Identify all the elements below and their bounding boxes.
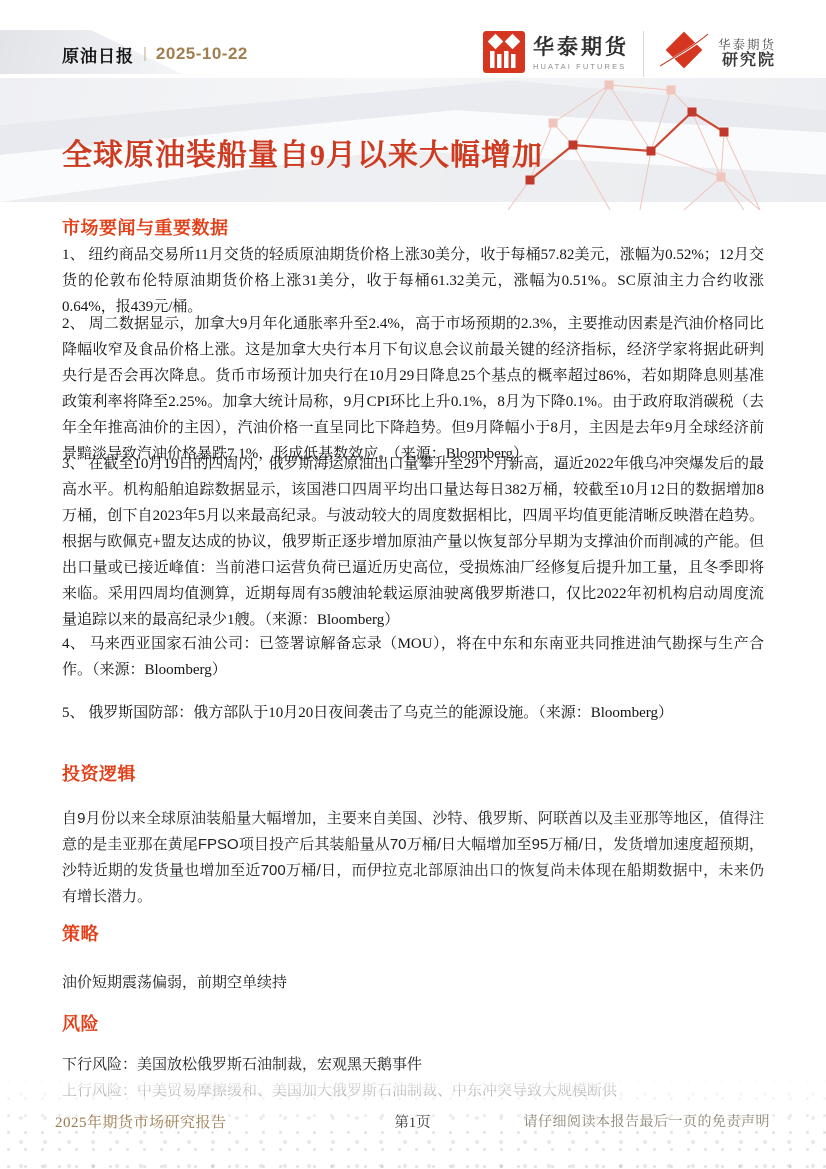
page-header: 原油日报 | 2025-10-22 华泰期 (62, 28, 776, 80)
kicker-divider: | (143, 45, 147, 62)
institute-diamond-icon (658, 29, 710, 80)
report-kicker: 原油日报 | 2025-10-22 (62, 42, 248, 67)
institute-logo-text: 华泰期货 研究院 (718, 38, 776, 71)
disclaimer-note: 请仔细阅读本报告最后一页的免责声明 (524, 1111, 771, 1131)
market-news-item: 2、 周二数据显示，加拿大9月年化通胀率升至2.4%，高于市场预期的2.3%，主… (62, 311, 764, 467)
report-page: 原油日报 | 2025-10-22 华泰期 (0, 0, 826, 1169)
institute-name: 华泰期货 (718, 38, 776, 52)
huatai-futures-logo: 华泰期货 HUATAI FUTURES (483, 31, 629, 78)
section-heading-risk: 风险 (62, 1010, 764, 1036)
huatai-logo-name: 华泰期货 (533, 37, 629, 59)
huatai-logo-icon (483, 31, 525, 78)
investment-logic-body: 自9月份以来全球原油装船量大幅增加，主要来自美国、沙特、俄罗斯、阿联酋以及圭亚那… (62, 806, 764, 910)
report-date: 2025-10-22 (156, 44, 248, 64)
page-title: 全球原油装船量自9月以来大幅增加 (62, 130, 622, 174)
institute-suffix: 研究院 (718, 52, 776, 70)
market-news-item: 4、 马来西亚国家石油公司：已签署谅解备忘录（MOU），将在中东和东南亚共同推进… (62, 631, 764, 683)
huatai-logo-text: 华泰期货 HUATAI FUTURES (533, 37, 629, 70)
section-heading-market-news: 市场要闻与重要数据 (62, 214, 764, 240)
brand-logos: 华泰期货 HUATAI FUTURES 华泰期货 研究院 (483, 29, 776, 80)
section-heading-strategy: 策略 (62, 920, 764, 946)
page-footer: 第1页 2025年期货市场研究报告 请仔细阅读本报告最后一页的免责声明 (55, 1110, 770, 1132)
research-institute-logo: 华泰期货 研究院 (658, 29, 776, 80)
market-news-item: 5、 俄罗斯国防部：俄方部队于10月20日夜间袭击了乌克兰的能源设施。（来源：B… (62, 700, 764, 726)
strategy-body: 油价短期震荡偏弱，前期空单续持 (62, 970, 764, 996)
report-type-label: 原油日报 (62, 42, 134, 67)
logo-divider (643, 31, 644, 77)
huatai-logo-name-en: HUATAI FUTURES (533, 62, 629, 71)
market-news-item: 1、 纽约商品交易所11月交货的轻质原油期货价格上涨30美分，收于每桶57.82… (62, 242, 764, 320)
section-heading-investment-logic: 投资逻辑 (62, 760, 764, 786)
market-news-item: 3、 在截至10月19日的四周内，俄罗斯海运原油出口量攀升至29个月新高，逼近2… (62, 451, 764, 633)
